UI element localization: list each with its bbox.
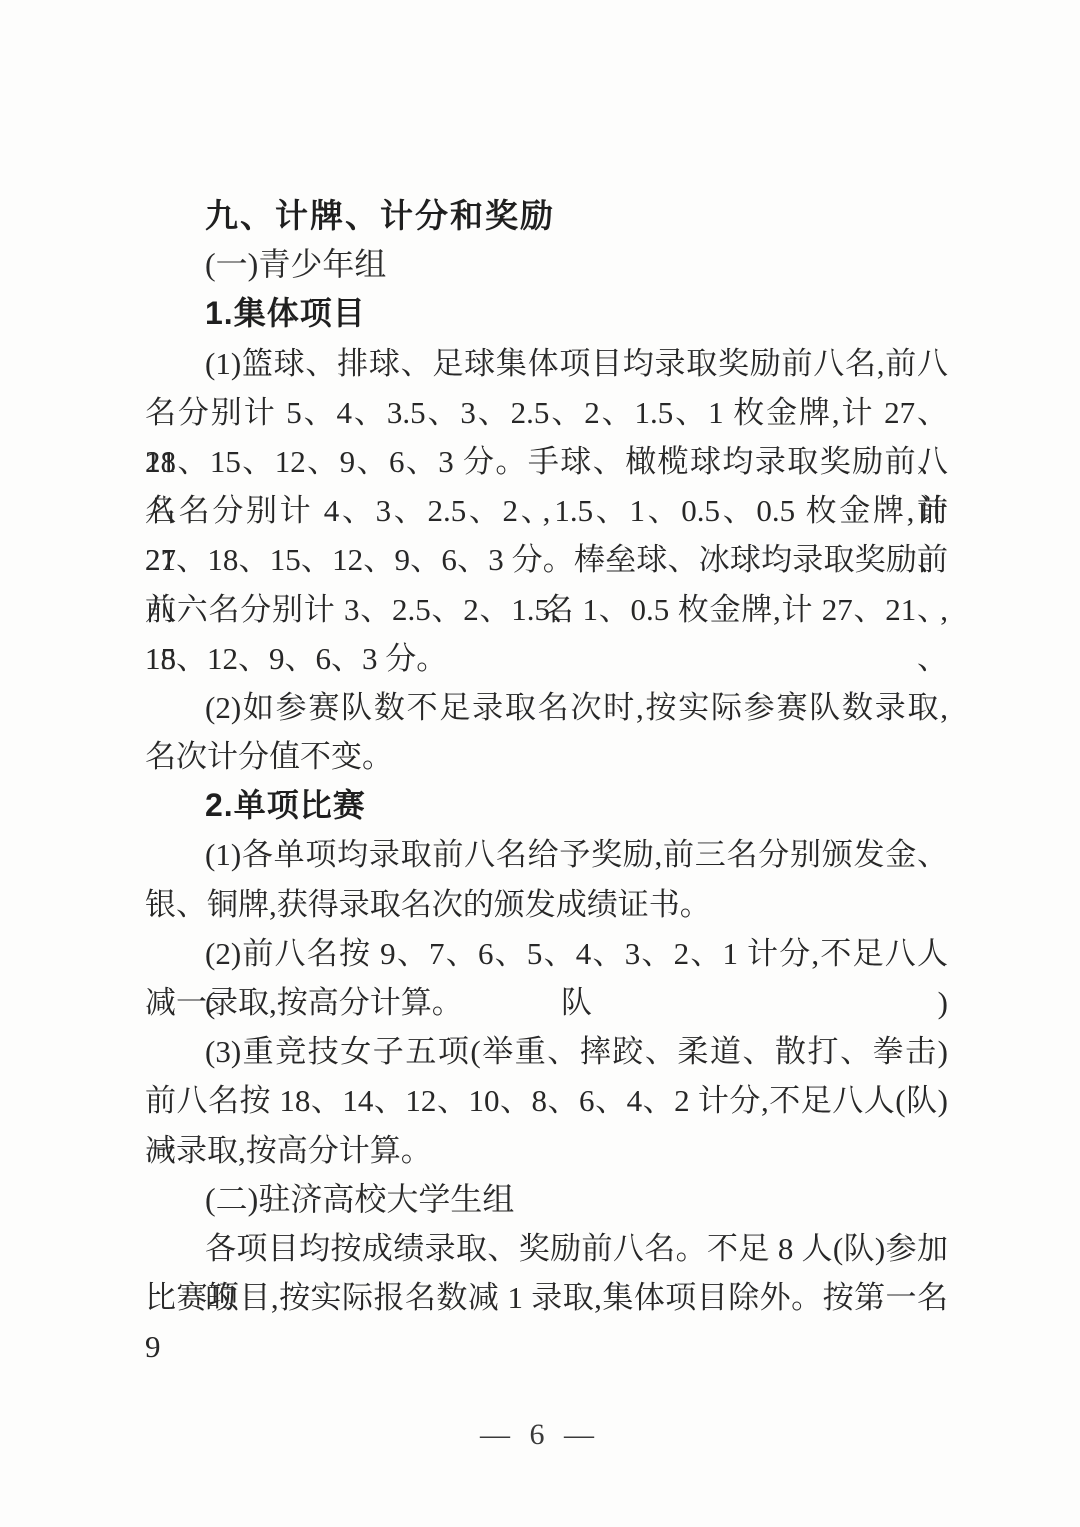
group-heading-youth: (一)青少年组 bbox=[145, 240, 948, 289]
paragraph-line: 名次计分值不变。 bbox=[145, 732, 948, 781]
paragraph-line: 比赛项目,按实际报名数减 1 录取,集体项目除外。按第一名 9 bbox=[145, 1273, 948, 1322]
page-number: — 6 — bbox=[0, 1410, 1080, 1460]
paragraph-line: (2)如参赛队数不足录取名次时,按实际参赛队数录取, bbox=[145, 683, 948, 732]
paragraph-line: 18、15、12、9、6、3 分。手球、橄榄球均录取奖励前八名,前 bbox=[145, 437, 948, 486]
paragraph-line: 21、18、15、12、9、6、3 分。棒垒球、冰球均录取奖励前八名, bbox=[145, 535, 948, 584]
item-heading-team: 1.集体项目 bbox=[145, 289, 948, 338]
paragraph-line: (1)各单项均录取前八名给予奖励,前三名分别颁发金、 bbox=[145, 830, 948, 879]
paragraph-line: 银、铜牌,获得录取名次的颁发成绩证书。 bbox=[145, 880, 948, 929]
document-text-block: 九、计牌、计分和奖励 (一)青少年组 1.集体项目 (1)篮球、排球、足球集体项… bbox=[145, 191, 948, 1322]
paragraph-line: (2)前八名按 9、7、6、5、4、3、2、1 计分,不足八人(队) bbox=[145, 929, 948, 978]
paragraph-line: 一录取,按高分计算。 bbox=[145, 1126, 948, 1175]
item-heading-individual: 2.单项比赛 bbox=[145, 781, 948, 830]
paragraph-line: 前八名按 18、14、12、10、8、6、4、2 计分,不足八人(队)减 bbox=[145, 1076, 948, 1125]
paragraph-line: 各项目均按成绩录取、奖励前八名。不足 8 人(队)参加的 bbox=[145, 1224, 948, 1273]
paragraph-line: 前六名分别计 3、2.5、2、1.5、1、0.5 枚金牌,计 27、21、18、 bbox=[145, 585, 948, 634]
document-page: 九、计牌、计分和奖励 (一)青少年组 1.集体项目 (1)篮球、排球、足球集体项… bbox=[0, 0, 1080, 1527]
paragraph-line: 八名分别计 4、3、2.5、2、1.5、1、0.5、0.5 枚金牌,计 27、 bbox=[145, 486, 948, 535]
paragraph-line: (3)重竞技女子五项(举重、摔跤、柔道、散打、拳击) bbox=[145, 1027, 948, 1076]
section-heading: 九、计牌、计分和奖励 bbox=[145, 191, 948, 240]
paragraph-line: 名分别计 5、4、3.5、3、2.5、2、1.5、1 枚金牌,计 27、21、 bbox=[145, 388, 948, 437]
group-heading-college: (二)驻济高校大学生组 bbox=[145, 1175, 948, 1224]
paragraph-line: (1)篮球、排球、足球集体项目均录取奖励前八名,前八 bbox=[145, 339, 948, 388]
